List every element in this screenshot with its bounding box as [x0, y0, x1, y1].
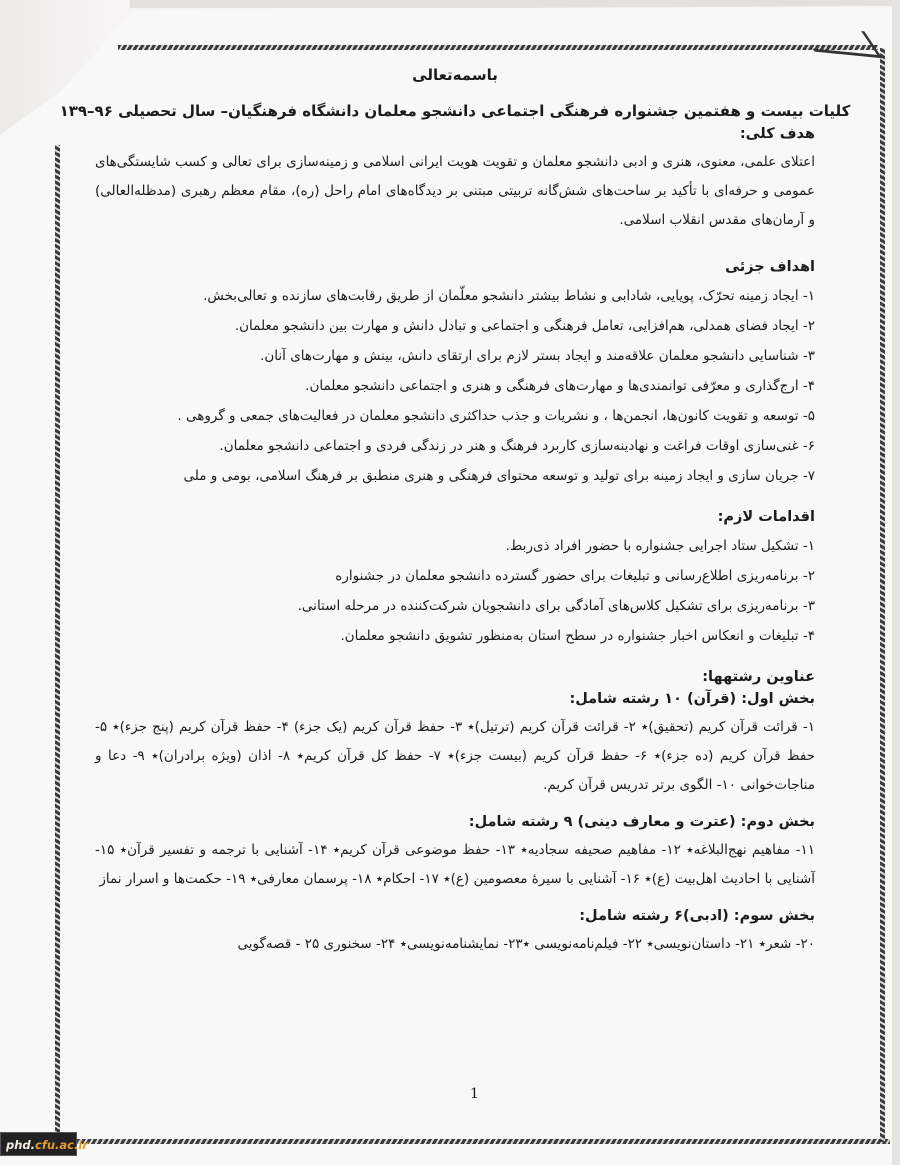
- required-actions-heading: اقدامات لازم:: [95, 509, 815, 525]
- list-item: ۱- ایجاد زمینه تحرّک، پویایی، شادابی و ن…: [95, 281, 815, 311]
- section-etrat-text: ۱۱- مفاهیم نهج‌البلاغه٭ ۱۲- مفاهیم صحیفه…: [95, 836, 815, 894]
- list-item: ۱- تشکیل ستاد اجرایی جشنواره با حضور افر…: [95, 531, 815, 561]
- watermark-part-2: cfu.ac.ir: [35, 1138, 88, 1152]
- list-item: ۲- ایجاد فضای همدلی، هم‌افزایی، تعامل فر…: [95, 311, 815, 341]
- page-number: 1: [470, 1086, 479, 1102]
- list-item: ۲- برنامه‌ریزی اطلاع‌رسانی و تبلیغات برا…: [95, 561, 815, 591]
- section-quran-heading: بخش اول: (قرآن) ۱۰ رشته شامل:: [95, 691, 815, 707]
- border-bottom: [65, 1139, 890, 1144]
- scan-right-strip: [892, 0, 900, 1165]
- section-literary-text: ۲۰- شعر٭ ۲۱- داستان‌نویسی٭ ۲۲- فیلم‌نامه…: [95, 930, 815, 959]
- section-etrat-heading: بخش دوم: (عترت و معارف دینی) ۹ رشته شامل…: [95, 814, 815, 830]
- border-top: [118, 45, 878, 50]
- section-literary-heading: بخش سوم: (ادبی)۶ رشته شامل:: [95, 908, 815, 924]
- list-item: ۳- برنامه‌ریزی برای تشکیل کلاس‌های آمادگ…: [95, 591, 815, 621]
- list-item: ۳- شناسایی دانشجو معلمان علاقه‌مند و ایج…: [95, 341, 815, 371]
- required-actions-list: ۱- تشکیل ستاد اجرایی جشنواره با حضور افر…: [95, 531, 815, 651]
- watermark-part-1: phd.: [6, 1138, 35, 1152]
- document-title: کلیات بیست و هفتمین جشنواره فرهنگی اجتما…: [55, 102, 855, 120]
- list-item: ۴- ارج‌گذاری و معرّفی توانمندی‌ها و مهار…: [95, 371, 815, 401]
- list-item: ۶- غنی‌سازی اوقات فراغت و نهادینه‌سازی ک…: [95, 431, 815, 461]
- list-item: ۴- تبلیغات و انعکاس اخبار جشنواره در سطح…: [95, 621, 815, 651]
- basmala-heading: باسمه‌تعالی: [95, 66, 815, 84]
- specific-goals-heading: اهداف جزئی: [95, 259, 815, 275]
- general-goal-text: اعتلای علمی، معنوی، هنری و ادبی دانشجو م…: [95, 148, 815, 235]
- section-quran-text: ۱- قرائت قرآن کریم (تحقیق)٭ ۲- قرائت قرآ…: [95, 713, 815, 800]
- list-item: ۵- توسعه و تقویت کانون‌ها، انجمن‌ها ، و …: [95, 401, 815, 431]
- border-left: [55, 145, 60, 1142]
- document-body: باسمه‌تعالی کلیات بیست و هفتمین جشنواره …: [95, 60, 815, 973]
- border-right: [880, 48, 885, 1142]
- fields-heading: عناوین رشتهها:: [95, 669, 815, 685]
- list-item: ۷- جریان سازی و ایجاد زمینه برای تولید و…: [95, 461, 815, 491]
- site-watermark: phd.cfu.ac.ir: [0, 1132, 77, 1156]
- specific-goals-list: ۱- ایجاد زمینه تحرّک، پویایی، شادابی و ن…: [95, 281, 815, 491]
- general-goal-heading: هدف کلی:: [95, 126, 815, 142]
